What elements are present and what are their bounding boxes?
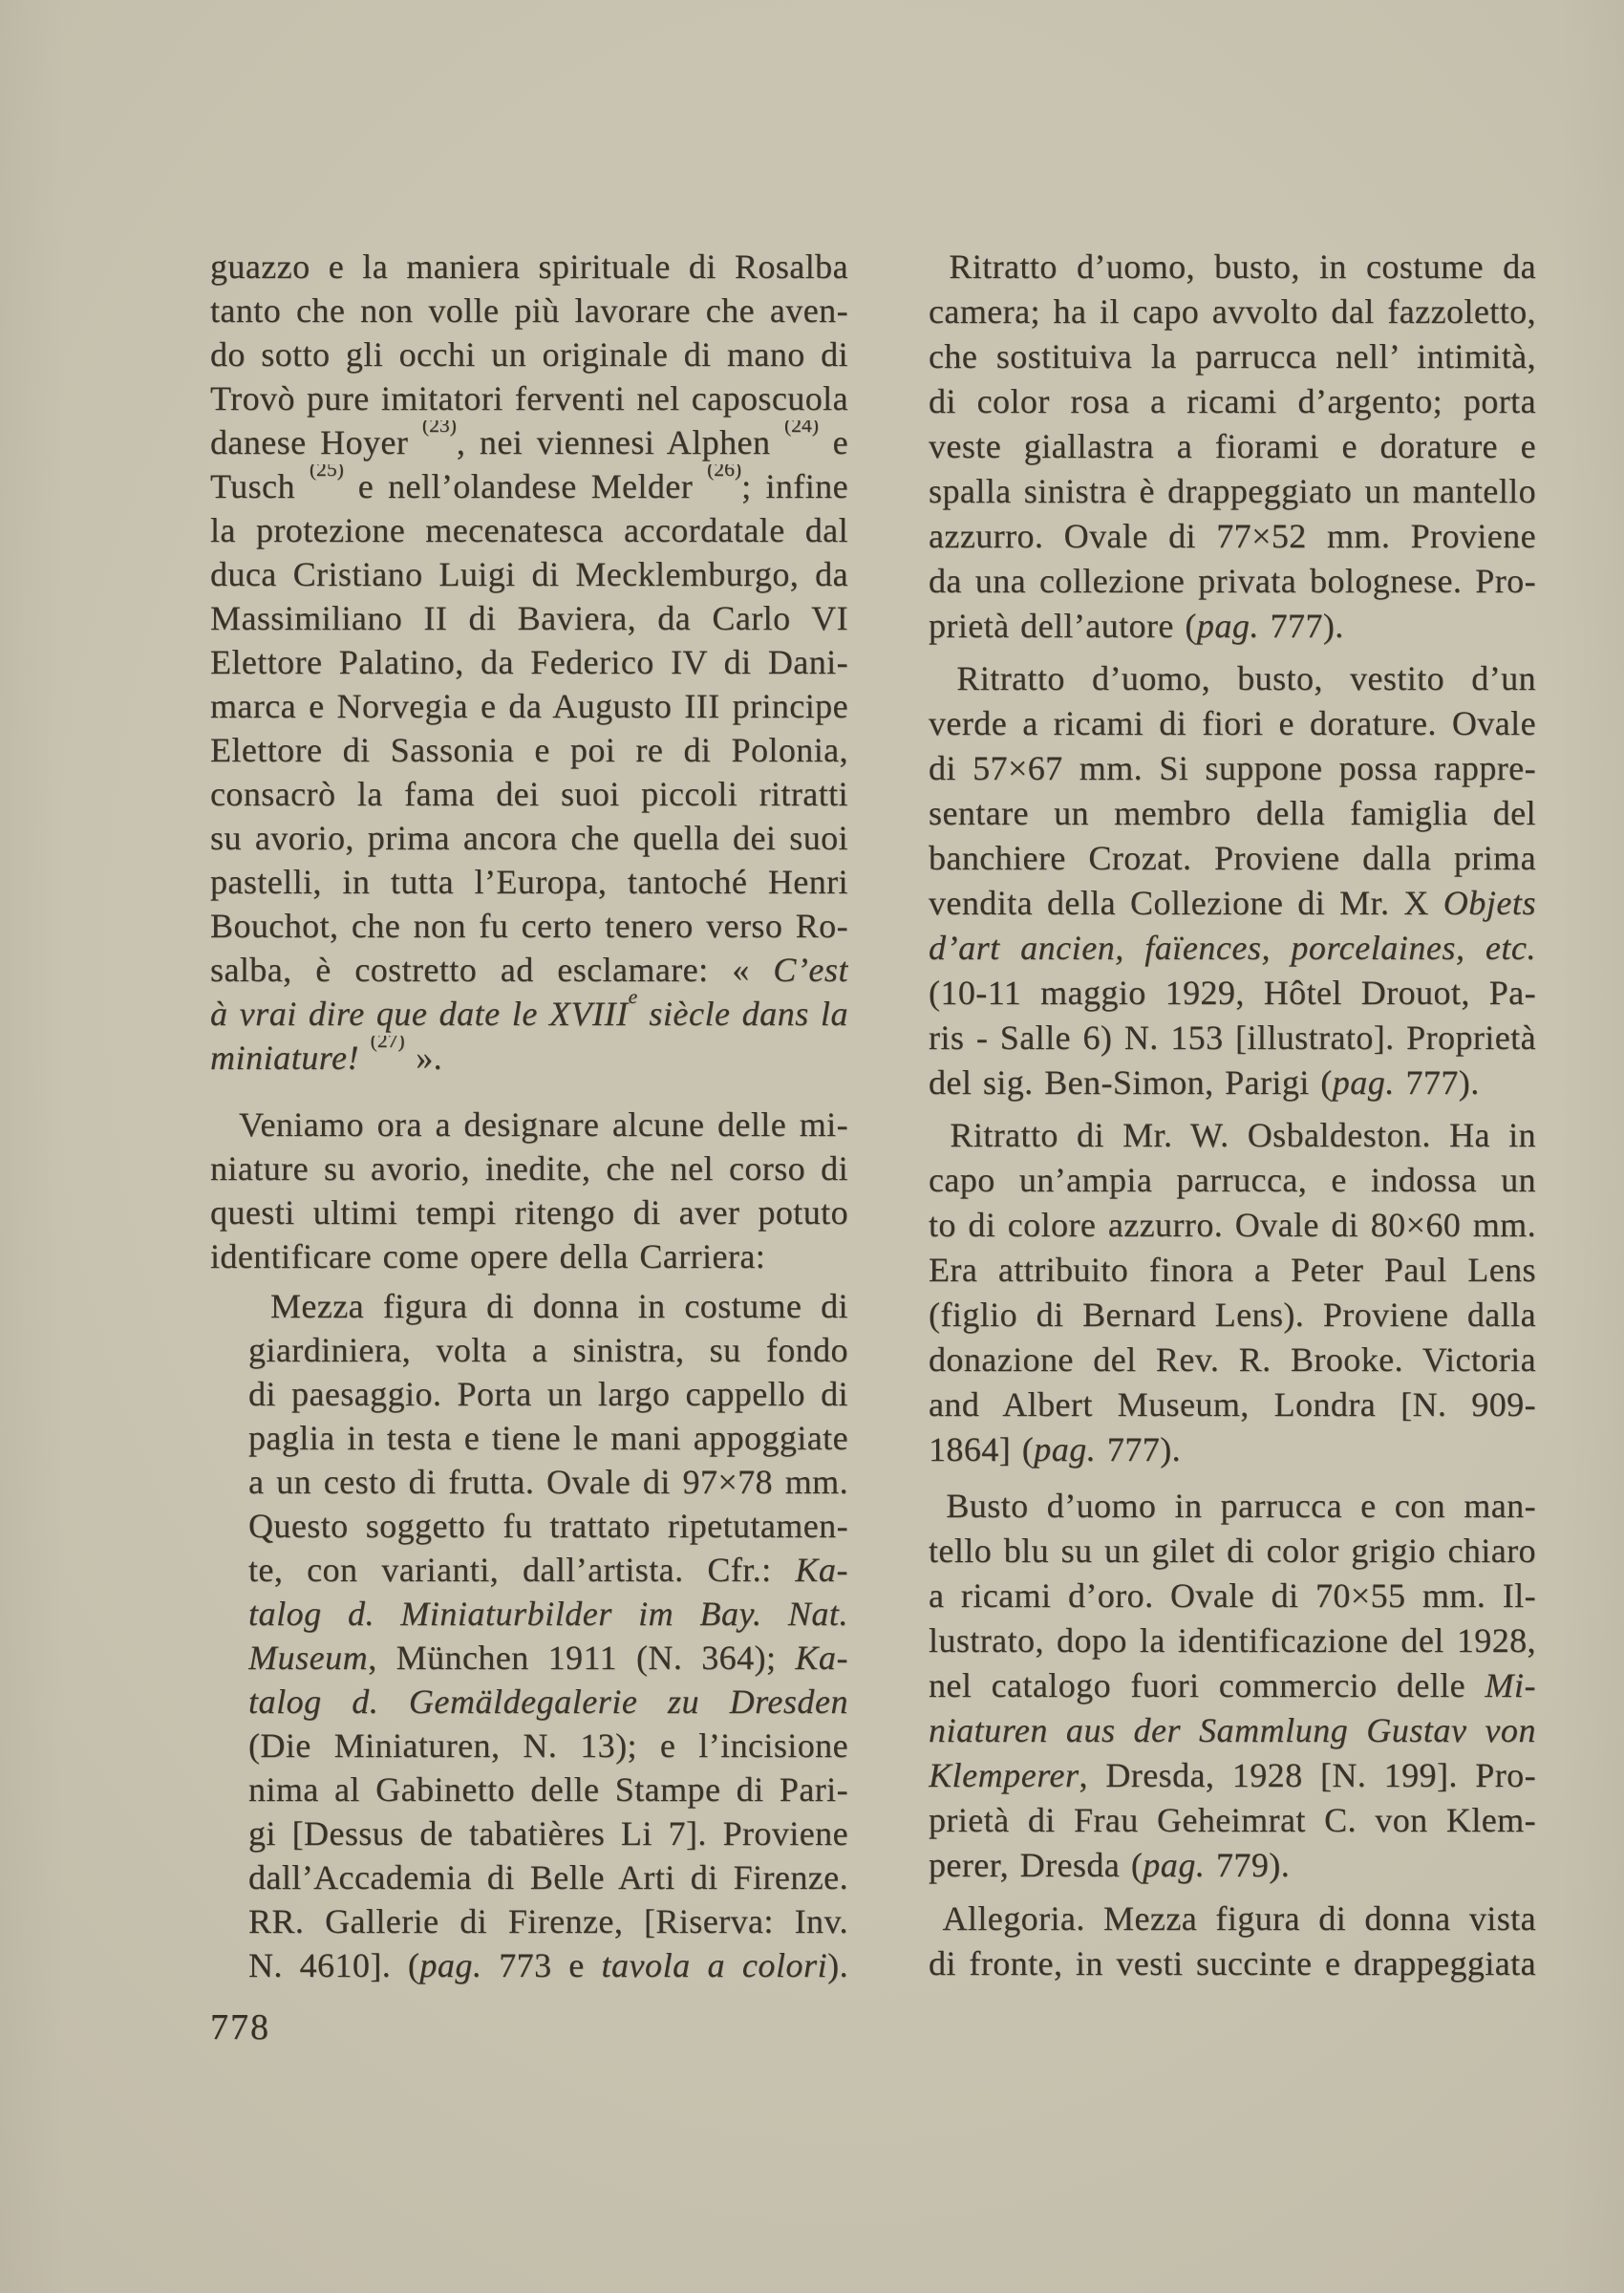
text-line: d’art ancien, faïences, porcelaines, etc… [929, 926, 1536, 971]
text-line: duca Cristiano Luigi di Mecklemburgo, da [210, 552, 848, 596]
text-line: consacrò la fama dei suoi piccoli ritrat… [210, 772, 848, 816]
text-line: nel catalogo fuori commercio delle Mi- [929, 1663, 1536, 1708]
text-line: a un cesto di frutta. Ovale di 97×78 mm. [248, 1460, 848, 1504]
text-line: (figlio di Bernard Lens). Proviene dalla [929, 1293, 1536, 1338]
text-line: identificare come opere della Carriera: [210, 1234, 848, 1278]
text-line: salba, è costretto ad esclamare: « C’est… [210, 948, 848, 992]
text-line: marca e Norvegia e da Augusto III princi… [210, 684, 848, 728]
page-number: 778 [210, 2006, 270, 2048]
text-line: niature su avorio, inedite, che nel cors… [210, 1146, 848, 1190]
text-line: Museum, München 1911 (N. 364); Ka- [248, 1636, 848, 1680]
text-line: spalla sinistra è drappeggiato un mantel… [929, 469, 1536, 514]
text-line: N. 4610]. (pag. 773 e tavola a colori). [248, 1943, 848, 1987]
text-line: Elettore Palatino, da Federico IV di Dan… [210, 640, 848, 684]
item-label: A) [248, 1287, 251, 1325]
item-label: D) [929, 1116, 931, 1154]
catalog-item-E: E) Busto d’uomo in parrucca e con man-te… [890, 1484, 1536, 1888]
text-line: Veniamo ora a designare alcune delle mi- [210, 1103, 848, 1146]
text-line: a ricami d’oro. Ovale di 70×55 mm. Il- [929, 1574, 1536, 1618]
text-line: A) Mezza figura di donna in costume di [248, 1284, 848, 1328]
text-line: do sotto gli occhi un originale di mano … [210, 332, 848, 376]
text-line: veste giallastra a fiorami e dorature e … [929, 424, 1536, 469]
text-line: di color rosa a ricami d’argento; porta … [929, 379, 1536, 424]
text-line: dall’Accademia di Belle Arti di Firenze. [248, 1855, 848, 1899]
paragraph: guazzo e la maniera spirituale di Rosalb… [210, 245, 848, 1080]
text-line: and Albert Museum, Londra [N. 909- [929, 1382, 1536, 1427]
text-line: lustrato, dopo la identificazione del 19… [929, 1618, 1536, 1663]
text-line: nima al Gabinetto delle Stampe di Pari- [248, 1768, 848, 1811]
text-line: Trovò pure imitatori ferventi nel caposc… [210, 376, 848, 420]
book-page-scan: guazzo e la maniera spirituale di Rosalb… [0, 0, 1624, 2293]
text-line: C) Ritratto d’uomo, busto, vestito d’un … [929, 656, 1536, 701]
catalog-item-C: C) Ritratto d’uomo, busto, vestito d’un … [890, 656, 1536, 1105]
catalog-item-B: B) Ritratto d’uomo, busto, in costume da… [890, 245, 1536, 649]
text-line: Klemperer, Dresda, 1928 [N. 199]. Pro- [929, 1753, 1536, 1798]
text-line: che sostituiva la parrucca nell’ intimit… [929, 334, 1536, 379]
text-line: banchiere Crozat. Proviene dalla prima [929, 836, 1536, 881]
text-line: tello blu su un gilet di color grigio ch… [929, 1529, 1536, 1574]
text-line: E) Busto d’uomo in parrucca e con man- [929, 1484, 1536, 1529]
text-line: guazzo e la maniera spirituale di Rosalb… [210, 245, 848, 289]
left-text-column: guazzo e la maniera spirituale di Rosalb… [210, 245, 848, 1987]
text-line: B) Ritratto d’uomo, busto, in costume da [929, 245, 1536, 289]
text-line: prietà dell’autore (pag. 777). [929, 604, 1536, 649]
text-line: camera; ha il capo avvolto dal fazzolett… [929, 289, 1536, 334]
item-label: B) [929, 247, 930, 286]
item-label: C) [929, 659, 930, 697]
catalog-item-D: D) Ritratto di Mr. W. Osbaldeston. Ha in… [890, 1113, 1536, 1472]
text-line: talog d. Miniaturbilder im Bay. Nat. [248, 1592, 848, 1636]
text-line: (Die Miniaturen, N. 13); e l’incisione a… [248, 1724, 848, 1768]
text-line: Questo soggetto fu trattato ripetutamen- [248, 1504, 848, 1548]
text-line: paglia in testa e tiene le mani appoggia… [248, 1416, 848, 1460]
text-line: azzurro. Ovale di 77×52 mm. Proviene [929, 514, 1536, 559]
text-line: donazione del Rev. R. Brooke. Victoria [929, 1338, 1536, 1382]
text-line: verde a ricami di fiori e dorature. Oval… [929, 701, 1536, 746]
text-line: da una collezione privata bolognese. Pro… [929, 559, 1536, 604]
text-line: ris - Salle 6) N. 153 [illustrato]. Prop… [929, 1016, 1536, 1061]
text-line: capo un’ampia parrucca, e indossa un abi… [929, 1158, 1536, 1203]
text-line: RR. Gallerie di Firenze, [Riserva: Inv. [248, 1899, 848, 1943]
catalog-item-A: A) Mezza figura di donna in costume digi… [210, 1284, 848, 1987]
text-line: vendita della Collezione di Mr. X Objets [929, 881, 1536, 926]
text-line: giardiniera, volta a sinistra, su fondo [248, 1328, 848, 1372]
text-line: 1864] (pag. 777). [929, 1427, 1536, 1472]
text-line: gi [Dessus de tabatières Li 7]. Proviene [248, 1811, 848, 1855]
text-line: à vrai dire que date le XVIIIe siècle da… [210, 992, 848, 1036]
text-line: questi ultimi tempi ritengo di aver potu… [210, 1190, 848, 1234]
text-line: to di colore azzurro. Ovale di 80×60 mm. [929, 1203, 1536, 1248]
text-line: perer, Dresda (pag. 779). [929, 1843, 1536, 1888]
catalog-item-F: F) Allegoria. Mezza figura di donna vist… [890, 1897, 1536, 1986]
text-line: sentare un membro della famiglia del [929, 791, 1536, 836]
text-line: talog d. Gemäldegalerie zu Dresden 1905, [248, 1680, 848, 1724]
text-line: del sig. Ben-Simon, Parigi (pag. 777). [929, 1061, 1536, 1105]
text-line: miniature! (27) ». [210, 1036, 848, 1080]
text-line: di paesaggio. Porta un largo cappello di [248, 1372, 848, 1416]
text-line: di fronte, in vesti succinte e drappeggi… [929, 1941, 1536, 1986]
text-line: te, con varianti, dall’artista. Cfr.: Ka… [248, 1548, 848, 1592]
text-line: su avorio, prima ancora che quella dei s… [210, 816, 848, 860]
text-line: Bouchot, che non fu certo tenero verso R… [210, 904, 848, 948]
text-line: Era attribuito finora a Peter Paul Lens [929, 1248, 1536, 1293]
text-line: (10-11 maggio 1929, Hôtel Drouot, Pa- [929, 971, 1536, 1016]
text-line: Tusch (25) e nell’olandese Melder (26); … [210, 464, 848, 508]
text-line: niaturen aus der Sammlung Gustav von [929, 1708, 1536, 1753]
text-line: pastelli, in tutta l’Europa, tantoché He… [210, 860, 848, 904]
text-line: prietà di Frau Geheimrat C. von Klem- [929, 1798, 1536, 1843]
paragraph: Veniamo ora a designare alcune delle mi-… [210, 1103, 848, 1278]
text-line: F) Allegoria. Mezza figura di donna vist… [929, 1897, 1536, 1941]
text-line: danese Hoyer (23), nei viennesi Alphen (… [210, 420, 848, 464]
text-line: Massimiliano II di Baviera, da Carlo VI [210, 596, 848, 640]
text-line: la protezione mecenatesca accordatale da… [210, 508, 848, 552]
text-line: D) Ritratto di Mr. W. Osbaldeston. Ha in [929, 1113, 1536, 1158]
text-line: Elettore di Sassonia e poi re di Polonia… [210, 728, 848, 772]
right-text-column: B) Ritratto d’uomo, busto, in costume da… [890, 245, 1536, 1986]
text-line: di 57×67 mm. Si suppone possa rappre- [929, 746, 1536, 791]
text-line: tanto che non volle più lavorare che ave… [210, 289, 848, 332]
